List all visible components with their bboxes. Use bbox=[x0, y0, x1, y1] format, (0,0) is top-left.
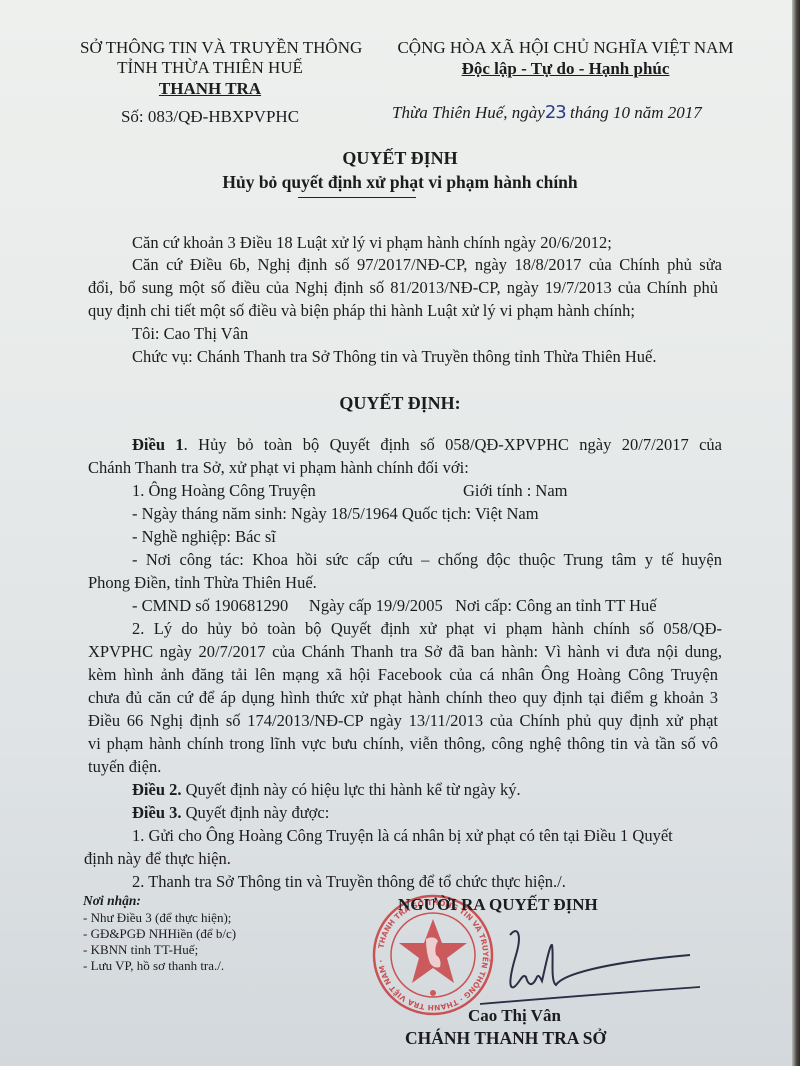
agency-header: SỞ THÔNG TIN VÀ TRUYỀN THÔNG TỈNH THỪA T… bbox=[80, 38, 340, 128]
issue-date: Thừa Thiên Huế, ngày23 tháng 10 năm 2017 bbox=[392, 102, 702, 123]
recipient-item: - KBNN tỉnh TT-Huế; bbox=[83, 942, 236, 958]
reason-line-5: Điều 66 Nghị định số 174/2013/NĐ-CP ngày… bbox=[88, 709, 718, 732]
agency-ministry: SỞ THÔNG TIN VÀ TRUYỀN THÔNG bbox=[80, 38, 340, 58]
reason-line-7: tuyến điện. bbox=[88, 755, 161, 778]
person-name: 1. Ông Hoàng Công Truyện bbox=[132, 479, 316, 502]
national-header: CỘNG HÒA XÃ HỘI CHỦ NGHĨA VIỆT NAM Độc l… bbox=[388, 38, 743, 80]
basis-1: Căn cứ khoản 3 Điều 18 Luật xử lý vi phạ… bbox=[132, 231, 612, 254]
recipient-item: - Lưu VP, hồ sơ thanh tra./. bbox=[83, 958, 236, 974]
person-gender: Giới tính : Nam bbox=[463, 479, 568, 502]
reason-line-4: chưa đủ căn cứ để áp dụng hình thức xử p… bbox=[88, 686, 718, 709]
basis-2-line-2: đổi, bổ sung một số điều của Nghị định s… bbox=[88, 276, 718, 299]
signature-icon bbox=[480, 915, 700, 1015]
article-2-label: Điều 2. bbox=[132, 780, 182, 799]
article-3-item-1-line-1: 1. Gửi cho Ông Hoàng Công Truyện là cá n… bbox=[132, 824, 673, 847]
issuer-name: Tôi: Cao Thị Vân bbox=[132, 322, 248, 345]
signer-heading: NGƯỜI RA QUYẾT ĐỊNH bbox=[398, 895, 598, 915]
signer-name: Cao Thị Vân bbox=[468, 1006, 561, 1026]
article-3: Điều 3. Quyết định này được: bbox=[132, 801, 329, 824]
person-dob-nationality: - Ngày tháng năm sinh: Ngày 18/5/1964 Qu… bbox=[132, 502, 539, 525]
recipients-heading: Nơi nhận: bbox=[83, 893, 236, 909]
reason-line-3: kèm hình ảnh đăng tải lên mạng xã hội Fa… bbox=[88, 663, 718, 686]
decision-heading: QUYẾT ĐỊNH: bbox=[0, 393, 800, 414]
recipients-block: Nơi nhận: - Như Điều 3 (để thực hiện); -… bbox=[83, 893, 236, 974]
recipient-item: - GĐ&PGĐ NHHiền (để b/c) bbox=[83, 926, 236, 942]
article-3-label: Điều 3. bbox=[132, 803, 182, 822]
person-workplace-line-1: - Nơi công tác: Khoa hồi sức cấp cứu – c… bbox=[132, 548, 722, 571]
document-subtitle: Hủy bỏ quyết định xử phạt vi phạm hành c… bbox=[0, 172, 800, 193]
person-id-card: - CMND số 190681290 Ngày cấp 19/9/2005 N… bbox=[132, 594, 657, 617]
agency-province: TỈNH THỪA THIÊN HUẾ bbox=[80, 58, 340, 78]
issue-day-handwritten: 23 bbox=[545, 102, 566, 123]
article-1-label: Điều 1 bbox=[132, 435, 184, 454]
person-occupation: - Nghề nghiệp: Bác sĩ bbox=[132, 525, 276, 548]
article-3-item-2: 2. Thanh tra Sở Thông tin và Truyền thôn… bbox=[132, 870, 566, 893]
article-1-line-2: Chánh Thanh tra Sở, xử phạt vi phạm hành… bbox=[88, 456, 469, 479]
national-name: CỘNG HÒA XÃ HỘI CHỦ NGHĨA VIỆT NAM bbox=[388, 38, 743, 58]
basis-2-line-3: quy định chi tiết một số điều và biện ph… bbox=[88, 299, 635, 322]
document-title: QUYẾT ĐỊNH bbox=[0, 148, 800, 169]
reason-line-2: XPVPHC ngày 20/7/2017 của Chánh Thanh tr… bbox=[88, 640, 722, 663]
national-motto: Độc lập - Tự do - Hạnh phúc bbox=[388, 58, 743, 80]
article-1-line-1: Điều 1. Hủy bỏ toàn bộ Quyết định số 058… bbox=[132, 433, 722, 456]
person-workplace-line-2: Phong Điền, tỉnh Thừa Thiên Huế. bbox=[88, 571, 317, 594]
basis-2-line-1: Căn cứ Điều 6b, Nghị định số 97/2017/NĐ-… bbox=[132, 253, 722, 276]
issuer-position: Chức vụ: Chánh Thanh tra Sở Thông tin và… bbox=[132, 345, 657, 368]
signer-title: CHÁNH THANH TRA SỞ bbox=[405, 1028, 606, 1049]
reason-line-6: vi phạm hành chính trong lĩnh vực bưu ch… bbox=[88, 732, 718, 755]
subtitle-underline bbox=[298, 197, 416, 198]
article-2: Điều 2. Quyết định này có hiệu lực thi h… bbox=[132, 778, 521, 801]
reason-line-1: 2. Lý do hủy bỏ toàn bộ Quyết định xử ph… bbox=[132, 617, 722, 640]
article-3-item-1-line-2: định này để thực hiện. bbox=[84, 847, 231, 870]
agency-unit: THANH TRA bbox=[80, 78, 340, 100]
document-number: Số: 083/QĐ-HBXPVPHC bbox=[80, 106, 340, 128]
recipient-item: - Như Điều 3 (để thực hiện); bbox=[83, 910, 236, 926]
